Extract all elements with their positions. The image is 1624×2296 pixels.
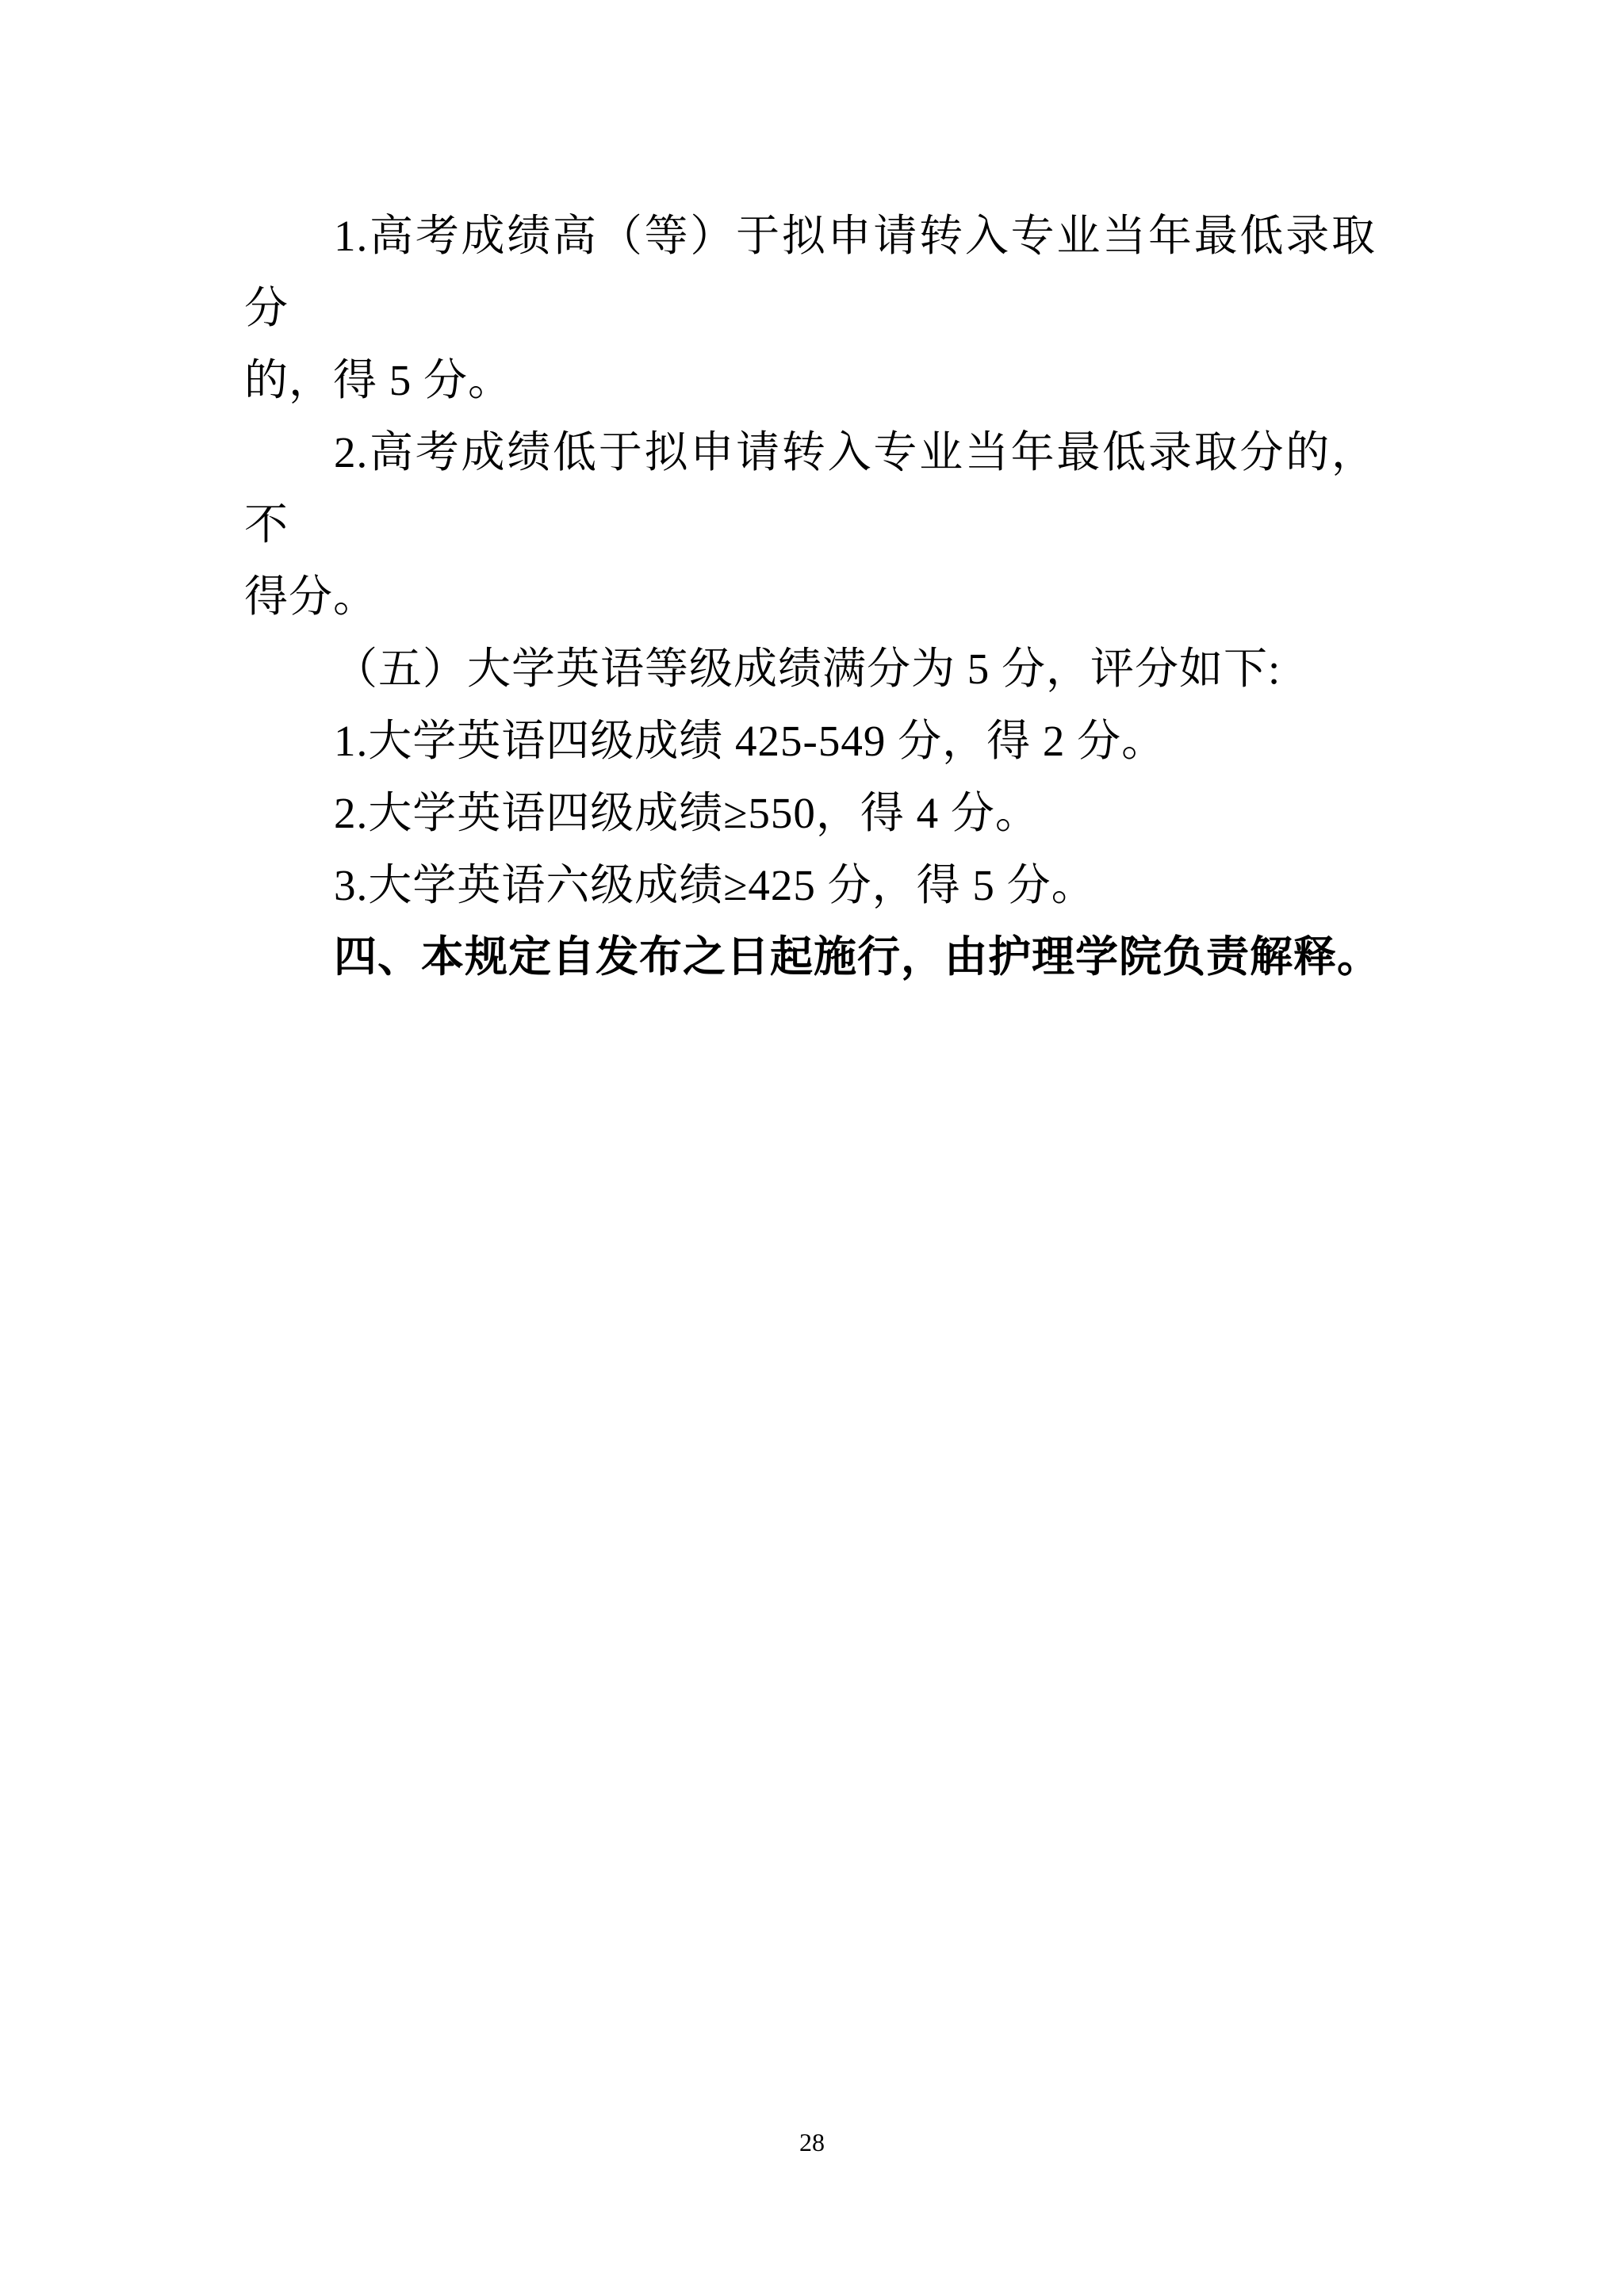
body-line-4: 得分。 [244, 561, 1376, 633]
body-text-block: 1.高考成绩高（等）于拟申请转入专业当年最低录取分 的，得 5 分。 2.高考成… [244, 200, 1376, 993]
body-line-6-item-1: 1.大学英语四级成绩 425-549 分，得 2 分。 [244, 705, 1376, 777]
body-line-3: 2.高考成绩低于拟申请转入专业当年最低录取分的，不 [244, 416, 1376, 561]
body-line-8-item-3: 3.大学英语六级成绩≥425 分，得 5 分。 [244, 849, 1376, 921]
page-number: 28 [0, 2126, 1624, 2158]
closing-statement: 四、本规定自发布之日起施行，由护理学院负责解释。 [244, 921, 1376, 993]
document-page: 1.高考成绩高（等）于拟申请转入专业当年最低录取分 的，得 5 分。 2.高考成… [0, 0, 1624, 2296]
body-line-2: 的，得 5 分。 [244, 344, 1376, 416]
body-line-5-section-heading: （五）大学英语等级成绩满分为 5 分，评分如下: [244, 633, 1376, 705]
body-line-1: 1.高考成绩高（等）于拟申请转入专业当年最低录取分 [244, 200, 1376, 344]
body-line-7-item-2: 2.大学英语四级成绩≥550，得 4 分。 [244, 777, 1376, 849]
